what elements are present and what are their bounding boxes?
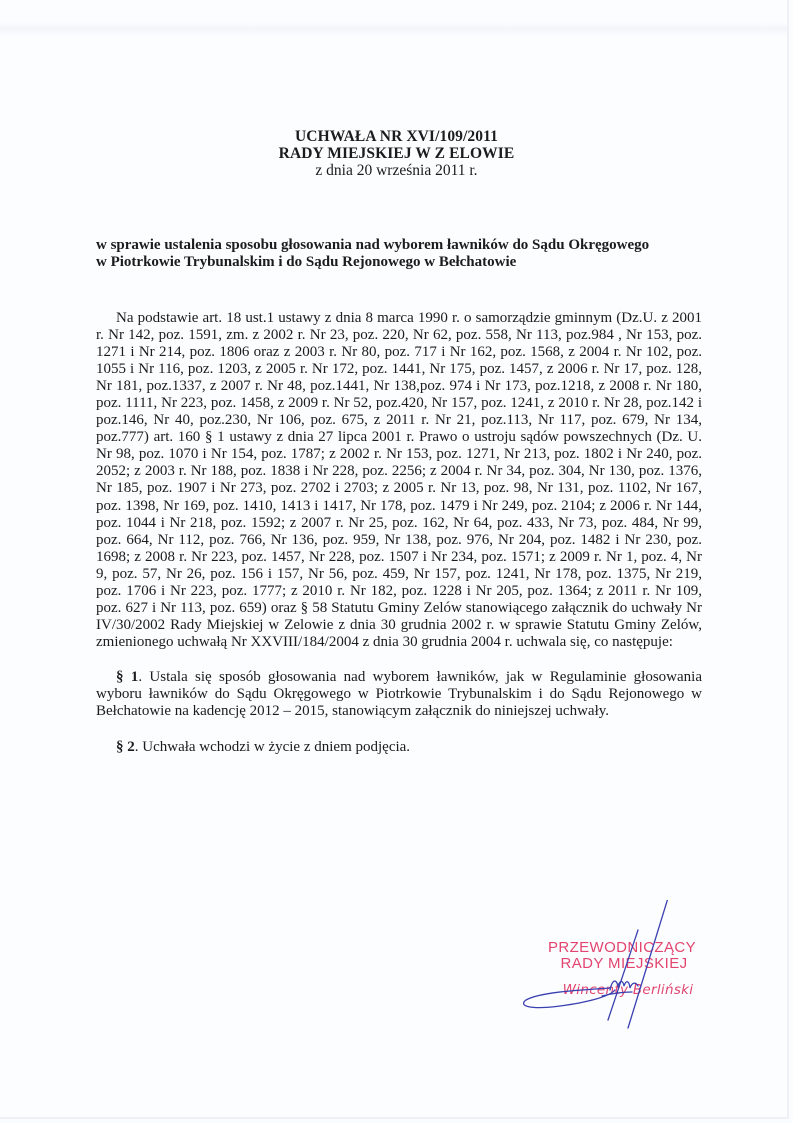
resolution-header: UCHWAŁA NR XVI/109/2011 RADY MIEJSKIEJ W… bbox=[0, 128, 793, 179]
resolution-body: Na podstawie art. 18 ust.1 ustawy z dnia… bbox=[96, 310, 702, 756]
scan-artifact bbox=[0, 22, 787, 36]
section-2-label: § 2 bbox=[116, 739, 135, 755]
subject-line-1: w sprawie ustalenia sposobu głosowania n… bbox=[96, 237, 716, 254]
section-2-text: . Uchwała wchodzi w życie z dniem podjęc… bbox=[135, 739, 410, 755]
subject-line-2: w Piotrkowie Trybunalskim i do Sądu Rejo… bbox=[96, 254, 716, 271]
section-1-label: § 1 bbox=[116, 669, 138, 685]
resolution-title: UCHWAŁA NR XVI/109/2011 bbox=[0, 128, 793, 145]
council-name: RADY MIEJSKIEJ W Z ELOWIE bbox=[0, 145, 793, 162]
legal-basis-paragraph: Na podstawie art. 18 ust.1 ustawy z dnia… bbox=[96, 310, 702, 651]
resolution-date: z dnia 20 września 2011 r. bbox=[0, 162, 793, 179]
document-page: UCHWAŁA NR XVI/109/2011 RADY MIEJSKIEJ W… bbox=[0, 0, 789, 1119]
section-1: § 1. Ustala się sposób głosowania nad wy… bbox=[96, 669, 702, 720]
handwritten-signature-icon bbox=[520, 900, 740, 1040]
section-1-text: . Ustala się sposób głosowania nad wybor… bbox=[96, 669, 702, 719]
signature-block: PRZEWODNICZĄCY RADY MIEJSKIEJ Wincenty B… bbox=[520, 900, 740, 1030]
section-2: § 2. Uchwała wchodzi w życie z dniem pod… bbox=[96, 739, 702, 756]
resolution-subject: w sprawie ustalenia sposobu głosowania n… bbox=[96, 237, 716, 271]
